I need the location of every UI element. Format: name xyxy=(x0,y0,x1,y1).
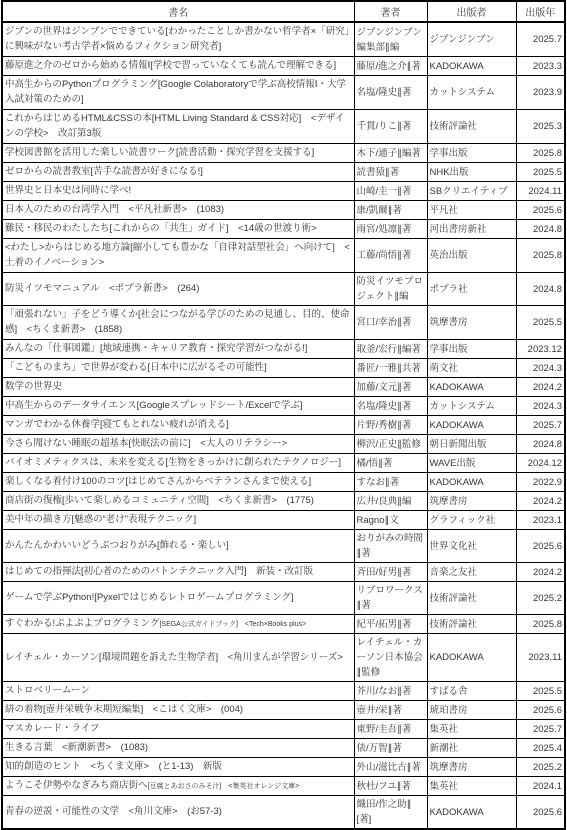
publisher-cell: KADOKAWA xyxy=(427,796,516,830)
book-title: 生きる言葉 <新潮新書> (1083) xyxy=(5,742,148,753)
book-title-cell: 美中年の描き方[魅惑の“老け”表現テクニック] xyxy=(2,511,354,530)
publisher-cell: 技術評論社 xyxy=(427,110,516,144)
year-cell: 2024.8 xyxy=(516,273,565,306)
publisher-cell: カットシステム xyxy=(427,397,516,416)
publisher-cell: グラフィック社 xyxy=(427,511,516,530)
book-title-cell: ゲームで学ぶPython![Pyxelではじめるレトロゲームプログラミング] xyxy=(2,582,354,615)
book-title: 知的創造のヒント <ちくま文庫> (と1-13) 新版 xyxy=(5,761,222,772)
publisher-cell: ポプラ社 xyxy=(427,273,516,306)
book-title-cell: ゼロからの読書教室[苦手な読書が好きになる!] xyxy=(2,163,354,182)
table-row: 難民・移民のわたしたち[これからの「共生」ガイド] <14歳の世渡り術> 雨宮/… xyxy=(2,220,565,239)
publisher-cell: 音楽之友社 xyxy=(427,563,516,582)
year-cell: 2023.11 xyxy=(516,634,565,682)
author-cell: 橘/悟∥著 xyxy=(354,454,427,473)
book-title: 学校図書館を活用した楽しい読書ワーク[読書活動・探究学習を支援する] xyxy=(5,147,314,158)
publisher-cell: KADOKAWA xyxy=(427,634,516,682)
book-title: レイチェル・カーソン[環境問題を訴えた生物学者] <角川まんが学習シリーズ> xyxy=(5,652,343,663)
publisher-cell: KADOKAWA xyxy=(427,378,516,397)
book-title-cell: かんたんかわいいどうぶつおりがみ[飾れる・楽しい] xyxy=(2,530,354,563)
book-title-cell: 防災イツモマニュアル <ポプラ新書> (264) xyxy=(2,273,354,306)
year-cell: 2025.3 xyxy=(516,110,565,144)
table-row: マンガでわかる休養学[寝てもとれない疲れが消える] 片野/秀樹∥著 KADOKA… xyxy=(2,416,565,435)
table-header: 書名 著者 出版者 出版年 xyxy=(2,1,565,22)
author-cell: 千貫/りこ∥著 xyxy=(354,110,427,144)
table-row: ゼロからの読書教室[苦手な読書が好きになる!] 読書猿∥著 NHK出版 2025… xyxy=(2,163,565,182)
author-cell: すなお∥著 xyxy=(354,473,427,492)
publisher-cell: 世界文化社 xyxy=(427,530,516,563)
book-title: ストロベリームーン xyxy=(5,685,90,696)
book-title-cell: マンガでわかる休養学[寝てもとれない疲れが消える] xyxy=(2,416,354,435)
table-row: 中高生からのPythonプログラミング[Google Colaboratoryで… xyxy=(2,76,565,110)
book-title: 楽しくなる着付け100のコツ[はじめてさんからベテランさんまで使える] xyxy=(5,476,311,487)
book-title-note: [SEGA公式ガイドブック] <Tech×Books plus> xyxy=(159,621,306,628)
publisher-cell: 学事出版 xyxy=(427,340,516,359)
author-cell: 加藤/文元∥著 xyxy=(354,378,427,397)
book-title: みんなの「仕事図鑑」[地域連携・キャリア教育・探究学習がつながる!] xyxy=(5,343,307,354)
publisher-cell: 学事出版 xyxy=(427,144,516,163)
table-row: 知的創造のヒント <ちくま文庫> (と1-13) 新版 外山/滋比古∥著 筑摩書… xyxy=(2,758,565,777)
book-title-cell: 世界史と日本史は同時に学べ! xyxy=(2,182,354,201)
book-list-page: 書名 著者 出版者 出版年 ジブンの世界はジンブンでできている[わかったことしか… xyxy=(0,0,567,830)
author-cell: 読書猿∥著 xyxy=(354,163,427,182)
book-title-note: [豆腐とあおさのみそ汁] <集英社オレンジ文庫> xyxy=(148,783,300,790)
col-header-publisher: 出版者 xyxy=(427,1,516,22)
book-title-cell: 藤原進之介のゼロから始める情報Ⅰ[学校で習っていなくても読んで理解できる] xyxy=(2,57,354,76)
publisher-cell: すばる舎 xyxy=(427,682,516,701)
table-row: ゲームで学ぶPython![Pyxelではじめるレトロゲームプログラミング] リ… xyxy=(2,582,565,615)
author-cell: 番匠/一雅∥共著 xyxy=(354,359,427,378)
publisher-cell: 琥珀書房 xyxy=(427,701,516,720)
book-title-cell: 知的創造のヒント <ちくま文庫> (と1-13) 新版 xyxy=(2,758,354,777)
author-cell: 名塩/隆史∥著 xyxy=(354,76,427,110)
table-row: ストロベリームーン 芥川/なお∥著 すばる舎 2025.5 xyxy=(2,682,565,701)
publisher-cell: 集英社 xyxy=(427,777,516,796)
book-title: これからはじめるHTML&CSSの本[HTML Living Standard … xyxy=(5,113,344,139)
author-cell: 柳沢/正史∥監修 xyxy=(354,435,427,454)
book-title-cell: ジブンの世界はジンブンでできている[わかったことしか書かない哲学者×「研究」に興… xyxy=(2,22,354,57)
book-title-cell: 生きる言葉 <新潮新書> (1083) xyxy=(2,739,354,758)
year-cell: 2025.4 xyxy=(516,739,565,758)
year-cell: 2025.6 xyxy=(516,201,565,220)
book-table-body: ジブンの世界はジンブンでできている[わかったことしか書かない哲学者×「研究」に興… xyxy=(2,22,565,829)
book-title-cell: 「頑張れない」子をどう導くか[社会につながる学びのための見通し、目的、使命感] … xyxy=(2,306,354,340)
publisher-cell: 平凡社 xyxy=(427,201,516,220)
year-cell: 2025.7 xyxy=(516,22,565,57)
book-title-cell: すぐわかる!ぷよぷよプログラミング[SEGA公式ガイドブック] <Tech×Bo… xyxy=(2,615,354,634)
publisher-cell: 朝日新聞出版 xyxy=(427,435,516,454)
book-title-cell: みんなの「仕事図鑑」[地域連携・キャリア教育・探究学習がつながる!] xyxy=(2,340,354,359)
col-header-title: 書名 xyxy=(2,1,354,22)
book-title: 美中年の描き方[魅惑の“老け”表現テクニック] xyxy=(5,514,196,525)
author-cell: おりがみの時間∥著 xyxy=(354,530,427,563)
book-title-cell: 中高生からのデータサイエンス[Googleスプレッドシート/Excelで学ぶ] xyxy=(2,397,354,416)
book-title: ゲームで学ぶPython![Pyxelではじめるレトロゲームプログラミング] xyxy=(5,592,294,603)
year-cell: 2025.7 xyxy=(516,416,565,435)
book-title: マスカレード・ライフ xyxy=(5,723,99,734)
publisher-cell: 英治出版 xyxy=(427,239,516,273)
publisher-cell: KADOKAWA xyxy=(427,473,516,492)
author-cell: 木下/通子∥編著 xyxy=(354,144,427,163)
table-row: レイチェル・カーソン[環境問題を訴えた生物学者] <角川まんが学習シリーズ> レ… xyxy=(2,634,565,682)
author-cell: 藤原/進之介∥著 xyxy=(354,57,427,76)
publisher-cell: WAVE出版 xyxy=(427,454,516,473)
year-cell: 2025.5 xyxy=(516,682,565,701)
book-title-cell: 青春の逆説・可能性の文学 <角川文庫> (お57-3) xyxy=(2,796,354,830)
author-cell: 取釜/宏行∥編著 xyxy=(354,340,427,359)
author-cell: 名塩/隆史∥著 xyxy=(354,397,427,416)
author-cell: 壺井/栄∥著 xyxy=(354,701,427,720)
publisher-cell: 筑摩書房 xyxy=(427,758,516,777)
book-list-table: 書名 著者 出版者 出版年 ジブンの世界はジンブンでできている[わかったことしか… xyxy=(1,0,566,830)
table-row: 中高生からのデータサイエンス[Googleスプレッドシート/Excelで学ぶ] … xyxy=(2,397,565,416)
table-row: 世界史と日本史は同時に学べ! 山崎/圭一∥著 SBクリエイティブ 2024.11 xyxy=(2,182,565,201)
year-cell: 2024.2 xyxy=(516,378,565,397)
col-header-year: 出版年 xyxy=(516,1,565,22)
book-title: マンガでわかる休養学[寝てもとれない疲れが消える] xyxy=(5,419,229,430)
book-title: ゼロからの読書教室[苦手な読書が好きになる!] xyxy=(5,166,203,177)
book-title: 藤原進之介のゼロから始める情報Ⅰ[学校で習っていなくても読んで理解できる] xyxy=(5,60,336,71)
table-row: 学校図書館を活用した楽しい読書ワーク[読書活動・探究学習を支援する] 木下/通子… xyxy=(2,144,565,163)
author-cell: 斉田/好男∥著 xyxy=(354,563,427,582)
book-title-cell: 日本人のための台湾学入門 <平凡社新書> (1083) xyxy=(2,201,354,220)
year-cell: 2024.3 xyxy=(516,397,565,416)
publisher-cell: 集英社 xyxy=(427,720,516,739)
book-title: 商店街の復権[歩いて楽しめるコミュニティ空間] <ちくま新書> (1775) xyxy=(5,495,314,506)
table-row: 「こどものまち」で世界が変わる[日本中に広がるその可能性] 番匠/一雅∥共著 萌… xyxy=(2,359,565,378)
year-cell: 2023.3 xyxy=(516,57,565,76)
table-row: これからはじめるHTML&CSSの本[HTML Living Standard … xyxy=(2,110,565,144)
table-row: 絣の着物[壺井栄戦争末期短編集] <こはく文庫> (004) 壺井/栄∥著 琥珀… xyxy=(2,701,565,720)
book-title-cell: 数学の世界史 xyxy=(2,378,354,397)
book-title: 中高生からのPythonプログラミング[Google Colaboratoryで… xyxy=(5,79,346,105)
book-title-cell: 中高生からのPythonプログラミング[Google Colaboratoryで… xyxy=(2,76,354,110)
book-title: 世界史と日本史は同時に学べ! xyxy=(5,185,131,196)
table-row: 商店街の復権[歩いて楽しめるコミュニティ空間] <ちくま新書> (1775) 広… xyxy=(2,492,565,511)
author-cell: ジブンジンブン編集部∥編 xyxy=(354,22,427,57)
year-cell: 2025.5 xyxy=(516,163,565,182)
year-cell: 2024.1 xyxy=(516,777,565,796)
author-cell: 宮口/幸治∥著 xyxy=(354,306,427,340)
book-title: 今さら聞けない睡眠の超基本[快眠法の前に] <大人のリテラシー> xyxy=(5,438,287,449)
table-row: かんたんかわいいどうぶつおりがみ[飾れる・楽しい] おりがみの時間∥著 世界文化… xyxy=(2,530,565,563)
publisher-cell: 技術評論社 xyxy=(427,582,516,615)
year-cell: 2025.6 xyxy=(516,701,565,720)
year-cell: 2025.6 xyxy=(516,530,565,563)
book-title: <わたし>からはじめる地方論[縮小しても豊かな「自律対話型社会」へ向けて] <土… xyxy=(5,242,350,268)
table-row: 今さら聞けない睡眠の超基本[快眠法の前に] <大人のリテラシー> 柳沢/正史∥監… xyxy=(2,435,565,454)
book-title: 中高生からのデータサイエンス[Googleスプレッドシート/Excelで学ぶ] xyxy=(5,400,302,411)
book-title-cell: これからはじめるHTML&CSSの本[HTML Living Standard … xyxy=(2,110,354,144)
author-cell: 康/凱爾∥著 xyxy=(354,201,427,220)
year-cell: 2025.2 xyxy=(516,582,565,615)
publisher-cell: KADOKAWA xyxy=(427,57,516,76)
publisher-cell: 筑摩書房 xyxy=(427,492,516,511)
table-row: 楽しくなる着付け100のコツ[はじめてさんからベテランさんまで使える] すなお∥… xyxy=(2,473,565,492)
year-cell: 2022.9 xyxy=(516,473,565,492)
author-cell: 東野/圭吾∥著 xyxy=(354,720,427,739)
table-row: <わたし>からはじめる地方論[縮小しても豊かな「自律対話型社会」へ向けて] <土… xyxy=(2,239,565,273)
table-row: マスカレード・ライフ 東野/圭吾∥著 集英社 2025.7 xyxy=(2,720,565,739)
book-title-cell: 学校図書館を活用した楽しい読書ワーク[読書活動・探究学習を支援する] xyxy=(2,144,354,163)
author-cell: 雨宮/処凛∥著 xyxy=(354,220,427,239)
table-row: 藤原進之介のゼロから始める情報Ⅰ[学校で習っていなくても読んで理解できる] 藤原… xyxy=(2,57,565,76)
year-cell: 2024.8 xyxy=(516,435,565,454)
year-cell: 2024.2 xyxy=(516,492,565,511)
book-title-cell: バイオミメティクスは、未来を変える[生物をきっかけに創られたテクノロジー] xyxy=(2,454,354,473)
book-title-cell: 絣の着物[壺井栄戦争末期短編集] <こはく文庫> (004) xyxy=(2,701,354,720)
book-title-cell: ストロベリームーン xyxy=(2,682,354,701)
col-header-author: 著者 xyxy=(354,1,427,22)
table-row: みんなの「仕事図鑑」[地域連携・キャリア教育・探究学習がつながる!] 取釜/宏行… xyxy=(2,340,565,359)
book-title: ようこそ伊勢やなぎみち商店街へ xyxy=(5,780,148,791)
book-title: すぐわかる!ぷよぷよプログラミング xyxy=(5,618,159,629)
author-cell: 広井/良典∥編 xyxy=(354,492,427,511)
author-cell: 防災イツモプロジェクト∥編 xyxy=(354,273,427,306)
book-title: 絣の着物[壺井栄戦争末期短編集] <こはく文庫> (004) xyxy=(5,704,243,715)
table-row: すぐわかる!ぷよぷよプログラミング[SEGA公式ガイドブック] <Tech×Bo… xyxy=(2,615,565,634)
year-cell: 2024.3 xyxy=(516,359,565,378)
author-cell: 紀平/拓男∥著 xyxy=(354,615,427,634)
year-cell: 2025.8 xyxy=(516,615,565,634)
book-title-cell: はじめての指揮法[初心者のためのバトンテクニック入門] 新装・改訂版 xyxy=(2,563,354,582)
book-title: 「頑張れない」子をどう導くか[社会につながる学びのための見通し、目的、使命感] … xyxy=(5,309,349,335)
publisher-cell: ジブンジンブン xyxy=(427,22,516,57)
book-title-cell: 楽しくなる着付け100のコツ[はじめてさんからベテランさんまで使える] xyxy=(2,473,354,492)
book-title: 数学の世界史 xyxy=(5,381,62,392)
book-title-cell: <わたし>からはじめる地方論[縮小しても豊かな「自律対話型社会」へ向けて] <土… xyxy=(2,239,354,273)
year-cell: 2024.11 xyxy=(516,182,565,201)
year-cell: 2024.8 xyxy=(516,220,565,239)
publisher-cell: SBクリエイティブ xyxy=(427,182,516,201)
year-cell: 2025.6 xyxy=(516,796,565,830)
header-row: 書名 著者 出版者 出版年 xyxy=(2,1,565,22)
book-title-cell: 難民・移民のわたしたち[これからの「共生」ガイド] <14歳の世渡り術> xyxy=(2,220,354,239)
table-row: 日本人のための台湾学入門 <平凡社新書> (1083) 康/凱爾∥著 平凡社 2… xyxy=(2,201,565,220)
publisher-cell: 筑摩書房 xyxy=(427,306,516,340)
book-title: バイオミメティクスは、未来を変える[生物をきっかけに創られたテクノロジー] xyxy=(5,457,341,468)
book-title-cell: ようこそ伊勢やなぎみち商店街へ[豆腐とあおさのみそ汁] <集英社オレンジ文庫> xyxy=(2,777,354,796)
year-cell: 2025.2 xyxy=(516,758,565,777)
book-title-cell: 今さら聞けない睡眠の超基本[快眠法の前に] <大人のリテラシー> xyxy=(2,435,354,454)
author-cell: レイチェル・カーソン日本協会∥監修 xyxy=(354,634,427,682)
author-cell: 織田/作之助∥[著] xyxy=(354,796,427,830)
table-row: 青春の逆説・可能性の文学 <角川文庫> (お57-3) 織田/作之助∥[著] K… xyxy=(2,796,565,830)
year-cell: 2025.7 xyxy=(516,720,565,739)
author-cell: 工藤/尚悟∥著 xyxy=(354,239,427,273)
author-cell: リブロワークス∥著 xyxy=(354,582,427,615)
table-row: 数学の世界史 加藤/文元∥著 KADOKAWA 2024.2 xyxy=(2,378,565,397)
table-row: 生きる言葉 <新潮新書> (1083) 俵/万智∥著 新潮社 2025.4 xyxy=(2,739,565,758)
year-cell: 2024.12 xyxy=(516,454,565,473)
table-row: はじめての指揮法[初心者のためのバトンテクニック入門] 新装・改訂版 斉田/好男… xyxy=(2,563,565,582)
table-row: 防災イツモマニュアル <ポプラ新書> (264) 防災イツモプロジェクト∥編 ポ… xyxy=(2,273,565,306)
author-cell: 芥川/なお∥著 xyxy=(354,682,427,701)
book-title-cell: 商店街の復権[歩いて楽しめるコミュニティ空間] <ちくま新書> (1775) xyxy=(2,492,354,511)
publisher-cell: NHK出版 xyxy=(427,163,516,182)
year-cell: 2025.8 xyxy=(516,144,565,163)
publisher-cell: カットシステム xyxy=(427,76,516,110)
year-cell: 2025.5 xyxy=(516,306,565,340)
year-cell: 2023.1 xyxy=(516,511,565,530)
table-row: ジブンの世界はジンブンでできている[わかったことしか書かない哲学者×「研究」に興… xyxy=(2,22,565,57)
author-cell: Ragno∥文 xyxy=(354,511,427,530)
book-title-cell: マスカレード・ライフ xyxy=(2,720,354,739)
publisher-cell: 河出書房新社 xyxy=(427,220,516,239)
table-row: 「頑張れない」子をどう導くか[社会につながる学びのための見通し、目的、使命感] … xyxy=(2,306,565,340)
year-cell: 2023.9 xyxy=(516,76,565,110)
table-row: 美中年の描き方[魅惑の“老け”表現テクニック] Ragno∥文 グラフィック社 … xyxy=(2,511,565,530)
author-cell: 片野/秀樹∥著 xyxy=(354,416,427,435)
author-cell: 山崎/圭一∥著 xyxy=(354,182,427,201)
year-cell: 2025.8 xyxy=(516,239,565,273)
publisher-cell: KADOKAWA xyxy=(427,416,516,435)
book-title: 「こどものまち」で世界が変わる[日本中に広がるその可能性] xyxy=(5,362,267,373)
author-cell: 秋杜/フユ∥著 xyxy=(354,777,427,796)
year-cell: 2024.2 xyxy=(516,563,565,582)
publisher-cell: 萌文社 xyxy=(427,359,516,378)
book-title: 難民・移民のわたしたち[これからの「共生」ガイド] <14歳の世渡り術> xyxy=(5,223,317,234)
author-cell: 外山/滋比古∥著 xyxy=(354,758,427,777)
book-title-cell: 「こどものまち」で世界が変わる[日本中に広がるその可能性] xyxy=(2,359,354,378)
table-row: バイオミメティクスは、未来を変える[生物をきっかけに創られたテクノロジー] 橘/… xyxy=(2,454,565,473)
book-title: 青春の逆説・可能性の文学 <角川文庫> (お57-3) xyxy=(5,806,222,817)
book-title: 防災イツモマニュアル <ポプラ新書> (264) xyxy=(5,283,199,294)
publisher-cell: 技術評論社 xyxy=(427,615,516,634)
book-title: ジブンの世界はジンブンでできている[わかったことしか書かない哲学者×「研究」に興… xyxy=(5,26,349,52)
author-cell: 俵/万智∥著 xyxy=(354,739,427,758)
book-title: 日本人のための台湾学入門 <平凡社新書> (1083) xyxy=(5,204,224,215)
table-row: ようこそ伊勢やなぎみち商店街へ[豆腐とあおさのみそ汁] <集英社オレンジ文庫> … xyxy=(2,777,565,796)
year-cell: 2023.12 xyxy=(516,340,565,359)
book-title-cell: レイチェル・カーソン[環境問題を訴えた生物学者] <角川まんが学習シリーズ> xyxy=(2,634,354,682)
publisher-cell: 新潮社 xyxy=(427,739,516,758)
book-title: はじめての指揮法[初心者のためのバトンテクニック入門] 新装・改訂版 xyxy=(5,566,313,577)
book-title: かんたんかわいいどうぶつおりがみ[飾れる・楽しい] xyxy=(5,540,229,551)
